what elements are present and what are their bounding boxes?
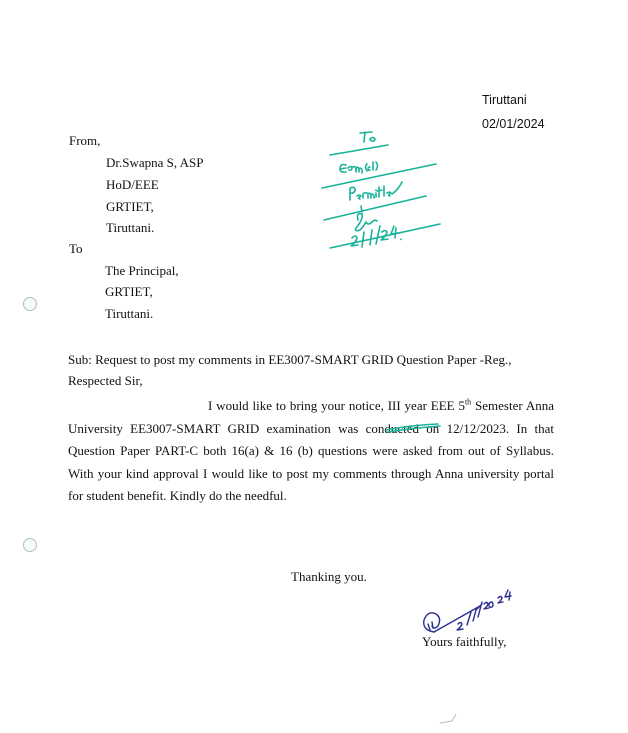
body-text-part2: Semester Anna University EE3007-SMART GR…	[68, 398, 554, 503]
punch-hole-bottom	[23, 538, 37, 552]
from-city: Tiruttani.	[106, 220, 154, 236]
from-label: From,	[69, 133, 100, 149]
from-name: Dr.Swapna S, ASP	[106, 155, 204, 171]
letter-place: Tiruttani	[482, 92, 527, 108]
approval-handwritten-note	[300, 120, 450, 260]
thanks-line: Thanking you.	[291, 569, 367, 585]
from-institution: GRTIET,	[106, 199, 154, 215]
to-recipient: The Principal,	[105, 263, 179, 279]
to-city: Tiruttani.	[105, 306, 153, 322]
letter-date: 02/01/2024	[482, 116, 545, 132]
body-paragraph: I would like to bring your notice, III y…	[68, 395, 554, 508]
punch-hole-top	[23, 297, 37, 311]
subject-line: Sub: Request to post my comments in EE30…	[68, 352, 512, 368]
to-institution: GRTIET,	[105, 284, 153, 300]
faint-pen-mark	[438, 711, 458, 725]
to-label: To	[69, 241, 83, 257]
signature-with-date	[418, 578, 528, 638]
salutation: Respected Sir,	[68, 373, 143, 389]
from-designation: HoD/EEE	[106, 177, 159, 193]
date-underline-mark	[382, 422, 452, 434]
body-text-part1: I would like to bring your notice, III y…	[208, 398, 465, 413]
